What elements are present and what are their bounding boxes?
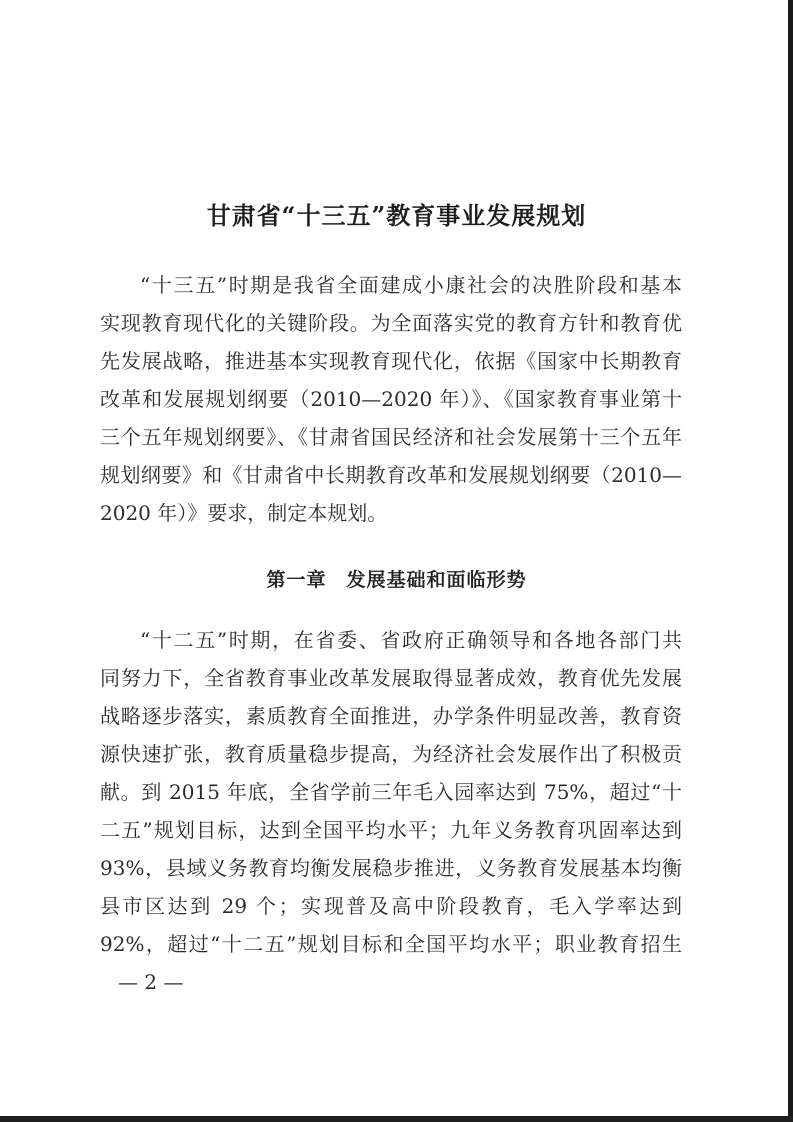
chapter-heading: 第一章 发展基础和面临形势 [0,565,793,592]
text-line: 同努力下，全省教育事业改革发展取得显著成效，教育优先发展 [100,659,682,697]
scan-border-bottom [0,1116,793,1122]
text-line: 改革和发展规划纲要（2010—2020 年）》、《国家教育事业第十 [100,380,682,418]
text-line: 战略逐步落实，素质教育全面推进，办学条件明显改善，教育资 [100,697,682,735]
intro-paragraph: “十三五”时期是我省全面建成小康社会的决胜阶段和基本 实现教育现代化的关键阶段。… [100,266,682,532]
text-line: 2020 年）》要求，制定本规划。 [100,494,682,532]
text-line: 93%，县域义务教育均衡发展稳步推进，义务教育发展基本均衡 [100,849,682,887]
text-line: “十三五”时期是我省全面建成小康社会的决胜阶段和基本 [100,266,682,304]
text-line: 二五”规划目标，达到全国平均水平；九年义务教育巩固率达到 [100,811,682,849]
document-title: 甘肃省“十三五”教育事业发展规划 [0,196,793,231]
text-line: “十二五”时期，在省委、省政府正确领导和各地各部门共 [100,621,682,659]
text-line: 源快速扩张，教育质量稳步提高，为经济社会发展作出了积极贡 [100,735,682,773]
text-line: 县市区达到 29 个；实现普及高中阶段教育，毛入学率达到 [100,887,682,925]
body-paragraph: “十二五”时期，在省委、省政府正确领导和各地各部门共 同努力下，全省教育事业改革… [100,621,682,963]
text-line: 献。到 2015 年底，全省学前三年毛入园率达到 75%，超过“十 [100,773,682,811]
scan-border-right [788,0,793,1122]
page-number: — 2 — [118,970,183,994]
text-line: 规划纲要》和《甘肃省中长期教育改革和发展规划纲要（2010— [100,456,682,494]
text-line: 三个五年规划纲要》、《甘肃省国民经济和社会发展第十三个五年 [100,418,682,456]
text-line: 先发展战略，推进基本实现教育现代化，依据《国家中长期教育 [100,342,682,380]
text-line: 实现教育现代化的关键阶段。为全面落实党的教育方针和教育优 [100,304,682,342]
text-line: 92%，超过“十二五”规划目标和全国平均水平；职业教育招生 [100,925,682,963]
